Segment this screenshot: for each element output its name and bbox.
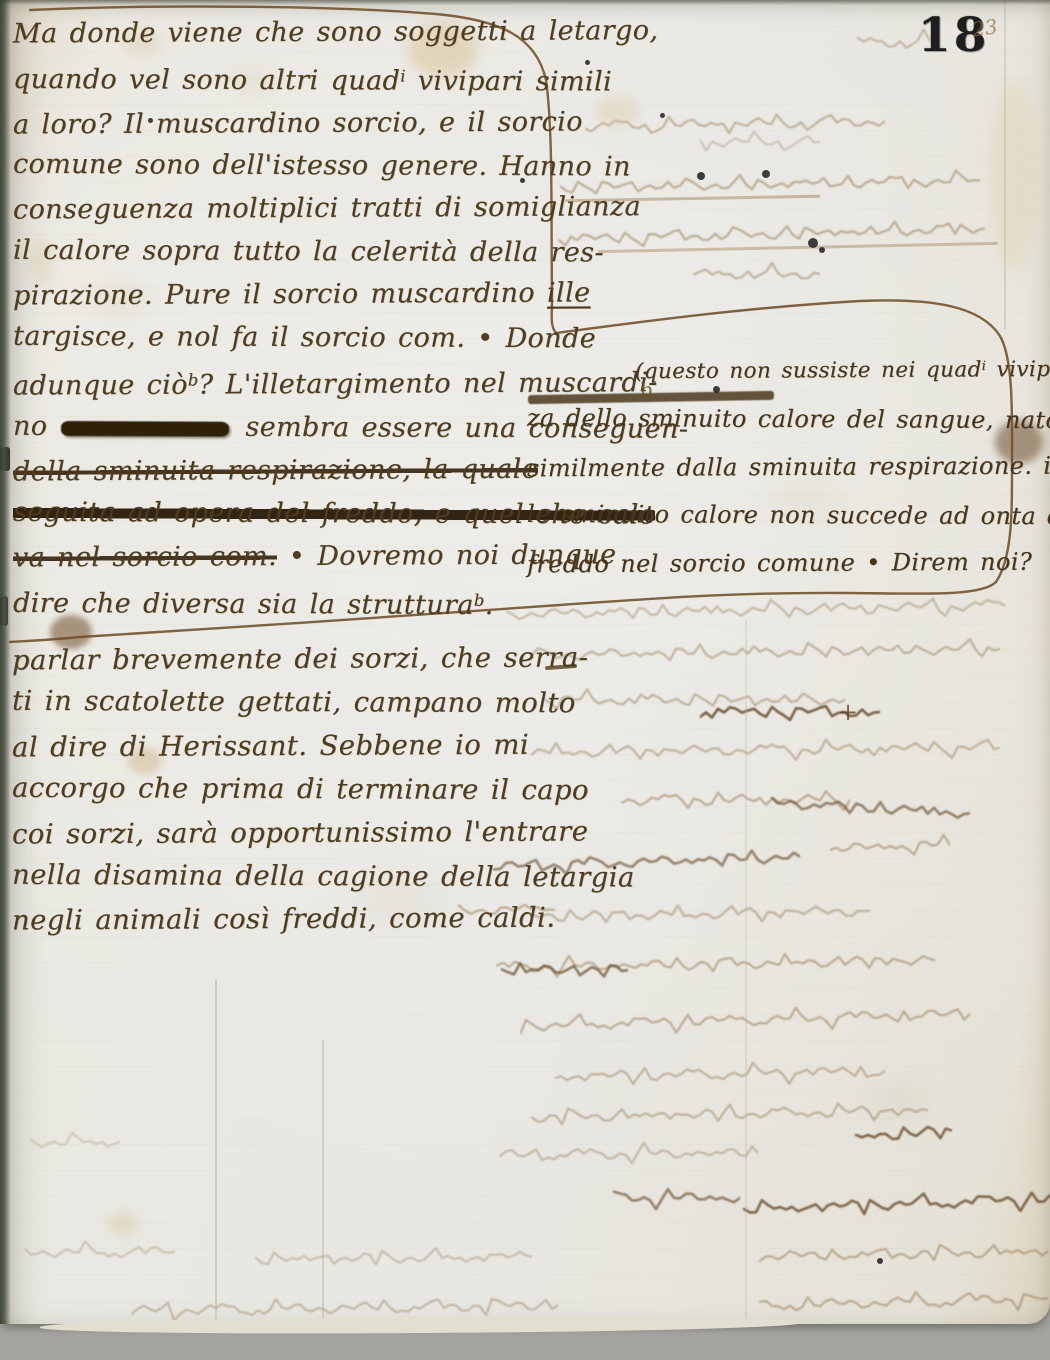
second-paragraph-block: parlar brevemente dei sorzi, che serra-t… [12,638,564,942]
text-run: pirazione. Pure il sorcio muscardino [13,278,547,312]
manuscript-page: Ma donde viene che sono soggetti a letar… [0,0,1050,1324]
manuscript-line: dire che diversa sia la strutturab. [13,577,565,627]
text-run: za dello sminuito calore del sangue, nat… [527,404,1050,435]
text-run: b [474,590,485,609]
page-number-stamp: 18 [918,8,989,63]
manuscript-line: quando vel sono altri quadi vivipari sim… [13,54,565,104]
text-run: a loro? Il muscardino sorcio, e il sorci… [13,106,583,140]
text-run: (questo non sussiste nei quad [635,357,982,384]
manuscript-line: Ma donde viene che sono soggetti a letar… [13,11,565,57]
text-run: della sminuita respirazione, la quale [13,454,538,488]
manuscript-line: le sminuito calore non succede ad onta d… [527,490,1041,540]
manuscript-line: nella disamina della cagione della letar… [12,854,564,900]
manuscript-line: seguita ad opera del freddo, e quel che … [13,492,565,537]
text-run: negli animali così freddi, come caldi. [12,902,555,937]
text-run: targisce, e nol fa il sorcio com. • Dond… [13,320,596,354]
manuscript-line: similmente dalla sminuita respirazione. … [527,442,1041,493]
manuscript-line: za dello sminuito calore del sangue, nat… [527,394,1041,444]
main-text-block: Ma donde viene che sono soggetti a letar… [13,12,565,626]
text-run: similmente dalla sminuita respirazione. … [527,452,1050,483]
text-run: accorgo che prima di terminare il capo [12,772,589,807]
text-run: quando vel sono altri quad [13,64,400,97]
manuscript-line: il calore sopra tutto la celerità della … [13,230,565,275]
text-run: ti in scatolette gettati, campano molto [12,685,576,719]
text-run: b [188,371,199,390]
manuscript-line: conseguenza moltiplici tratti di somigli… [13,187,565,233]
text-run: il calore sopra tutto la celerità della … [13,235,604,269]
text-run: freddo nel sorcio comune • Direm noi? [527,548,1032,579]
manuscript-line: pirazione. Pure il sorcio muscardino ill… [13,272,565,318]
manuscript-line: della sminuita respirazione, la quale [13,449,565,495]
text-run: comune sono dell'istesso genere. Hanno i… [13,149,631,183]
manuscript-line: parlar brevemente dei sorzi, che serra- [12,637,564,683]
manuscript-line: freddo nel sorcio comune • Direm noi? [527,538,1041,589]
text-run: vivipari) [986,357,1050,383]
manuscript-line: comune sono dell'istesso genere. Hanno i… [13,144,565,189]
text-run: dire che diversa sia la struttura [13,587,474,620]
text-run: conseguenza moltiplici tratti di somigli… [13,191,641,225]
manuscript-line: va nel sorcio com. • Dovremo noi dunque [13,534,565,580]
text-run: vivipari simili [406,65,612,97]
manuscript-line: no sembra essere una conseguen- [13,406,565,451]
manuscript-line: adunque ciòb? L'illetargimento nel musca… [13,358,565,409]
text-run: . [485,589,494,620]
text-run: no [13,411,60,442]
ink-blot [61,421,229,437]
text-run: Ma donde viene che sono soggetti a letar… [13,15,659,49]
text-run: nella disamina della cagione della letar… [12,859,635,894]
manuscript-line: negli animali così freddi, come caldi. [12,897,564,943]
text-run: adunque ciò [13,370,188,402]
manuscript-line: ti in scatolette gettati, campano molto [12,680,564,726]
text-run: coi sorzi, sarà opportunissimo l'entrare [12,815,589,850]
page-number-value: 18 [918,8,989,63]
insertion-note-block: (questo non sussiste nei quadi vivipari)… [527,344,1041,587]
book-gutter-shadow [0,0,11,1324]
text-run: al dire di Herissant. Sebbene io mi [12,729,529,764]
manuscript-line: accorgo che prima di terminare il capo [12,767,564,813]
page-top-edge-shadow [0,0,1050,5]
text-run: parlar brevemente dei sorzi, che serra- [12,641,588,676]
text-run: va nel sorcio com. [13,541,277,573]
text-run: le sminuito calore non succede ad onta d… [527,500,1050,530]
manuscript-line: coi sorzi, sarà opportunissimo l'entrare [12,810,564,856]
manuscript-line: a loro? Il muscardino sorcio, e il sorci… [13,101,565,147]
manuscript-line: al dire di Herissant. Sebbene io mi [12,723,564,769]
text-run: ille [547,277,591,308]
manuscript-line: (questo non sussiste nei quadi vivipari) [527,343,1041,397]
manuscript-line: targisce, e nol fa il sorcio com. • Dond… [13,315,565,360]
